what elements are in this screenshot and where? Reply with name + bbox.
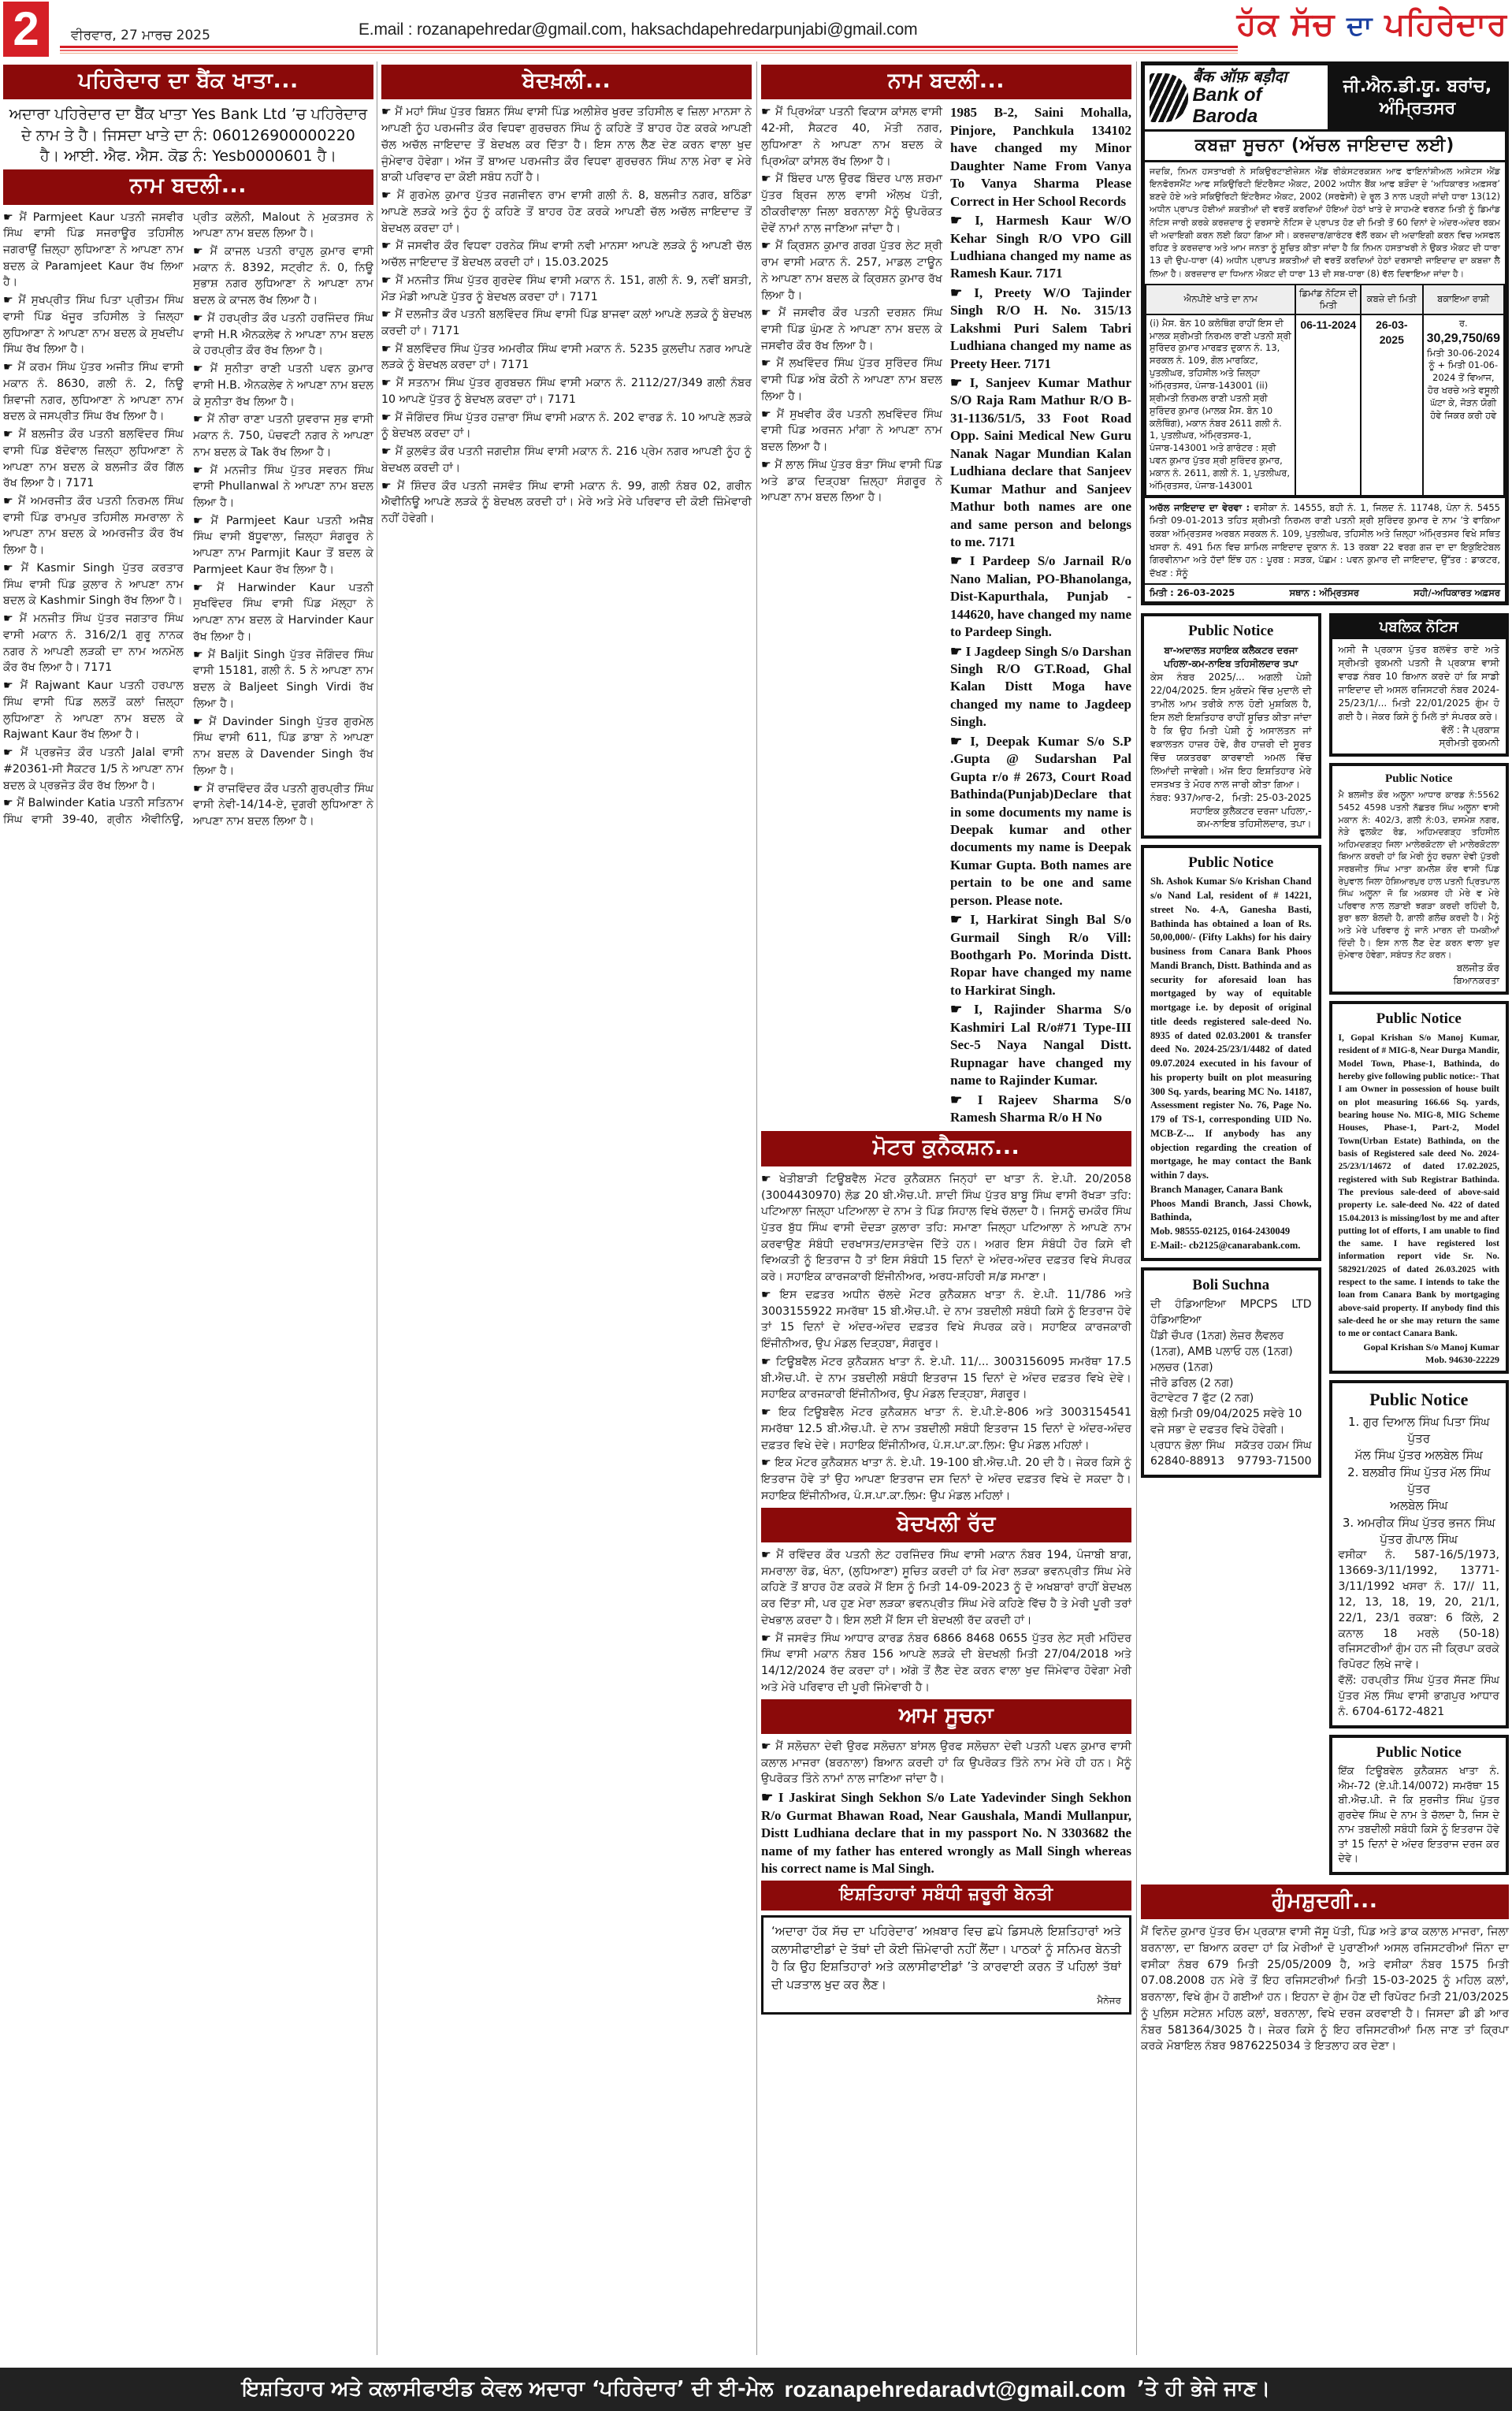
list-item: ਮੈਂ ਜਸਵੀਰ ਕੌਰ ਵਿਧਵਾ ਹਰਨੇਕ ਸਿੰਘ ਵਾਸੀ ਨਵੀ …	[381, 238, 752, 270]
bank-of-baroda-notice: बैंक ऑफ़ बड़ौदा Bank of Baroda ਜੀ.ਐਨ.ਡੀ.…	[1141, 61, 1509, 605]
public-notice-punjabi: ਪਬਲਿਕ ਨੋਟਿਸ ਅਸੀ ਜੈ ਪ੍ਰਕਾਸ ਪੁੱਤਰ ਬਲਵੰਤ ਰਾ…	[1329, 613, 1510, 757]
notice-sign: Branch Manager, Canara Bank	[1150, 1183, 1312, 1197]
property-label: ਅਚੱਲ ਜਾਇਦਾਦ ਦਾ ਵੇਰਵਾ :	[1150, 502, 1250, 513]
column-divider	[1136, 61, 1137, 2355]
list-item: ਮੈਂ ਸ਼ਿੰਦਰ ਕੌਰ ਪਤਨੀ ਜਸਵੰਤ ਸਿੰਘ ਵਾਸੀ ਮਕਾਨ…	[381, 478, 752, 527]
list-item: ਮੈਂ ਜਸਵੰਤ ਸਿੰਘ ਆਧਾਰ ਕਾਰਡ ਨੰਬਰ 6866 8468 …	[761, 1631, 1131, 1696]
footer-email[interactable]: rozanapehredaradvt@gmail.com	[784, 2375, 1125, 2405]
list-item: ਮੈਂ Parmjeet Kaur ਪਤਨੀ ਜਸਵੀਰ ਸਿੰਘ ਵਾਸੀ ਪ…	[3, 210, 184, 292]
notice-line: ਮੱਲ ਸਿੰਘ ਪੁੱਤਰ ਅਲਬੇਲ ਸਿੰਘ	[1339, 1447, 1500, 1464]
list-item: ਮੈਂ ਰਵਿੰਦਰ ਕੌਰ ਪਤਨੀ ਲੇਟ ਹਰਜਿੰਦਰ ਸਿੰਘ ਵਾਸ…	[761, 1547, 1131, 1629]
bob-name-hindi: बैंक ऑफ़ बड़ौदा	[1193, 68, 1323, 85]
notice-text: ਕੇਸ ਨੰਬਰ 2025/... ਅਗਲੀ ਪੇਸ਼ੀ 22/04/2025.…	[1150, 671, 1312, 791]
notice-title: Public Notice	[1150, 621, 1312, 642]
name-change-two-col-b: I, Harkirat Singh Bal S/o Gurmail Singh …	[761, 911, 1131, 1128]
list-item: I Pardeep S/o Jarnail R/o Nano Malian, P…	[950, 553, 1131, 641]
phone: 62840-88913	[1150, 1454, 1224, 1470]
notice-title: Public Notice	[1339, 1388, 1500, 1412]
list-item: ਮੈਂ ਕ੍ਰਿਸ਼ਨ ਕੁਮਾਰ ਗਰਗ ਪੁੱਤਰ ਲੇਟ ਸ਼੍ਰੀ ਰਾ…	[761, 238, 942, 303]
list-item: ਮੈਂ ਲਾਲ ਸਿੰਘ ਪੁੱਤਰ ਬੰਤਾ ਸਿੰਘ ਵਾਸੀ ਪਿੰਡ ਅ…	[761, 457, 942, 506]
name-change-list: ਮੈਂ Parmjeet Kaur ਪਤਨੀ ਜਸਵੀਰ ਸਿੰਘ ਵਾਸੀ ਪ…	[3, 210, 373, 830]
notice-title: Public Notice	[1339, 771, 1500, 787]
name-change-heading-2: ਨਾਮ ਬਦਲੀ...	[761, 65, 1131, 99]
notice-sign: Gopal Krishan S/o Manoj Kumar	[1339, 1341, 1500, 1353]
list-item: ਮੈਂ ਸਤਨਾਮ ਸਿੰਘ ਪੁੱਤਰ ਗੁਰਬਚਨ ਸਿੰਘ ਵਾਸੀ ਮਕ…	[381, 375, 752, 407]
canara-public-notice: Public Notice Sh. Ashok Kumar S/o Krisha…	[1141, 845, 1321, 1261]
notice-line: ਪੈਂਡੀ ਚੌਪਰ (1ਨਗ) ਲੇਜ਼ਰ ਲੈਵਲਰ	[1150, 1329, 1312, 1345]
logo-flag-icon: ਦਾ	[1347, 10, 1373, 42]
missing-notice: ਮੈਂ ਵਿਨੋਦ ਕੁਮਾਰ ਪੁੱਤਰ ਓਮ ਪ੍ਰਕਾਸ਼ ਵਾਸੀ ਜੱ…	[1141, 1924, 1509, 2055]
list-item: ਮੈਂ ਪ੍ਰਿਅੰਕਾ ਪਤਨੀ ਵਿਕਾਸ ਕਾਂਸਲ ਵਾਸੀ 42-ਸੀ…	[761, 104, 942, 169]
notice-title: Public Notice	[1339, 1743, 1500, 1763]
list-item: ਮੈਂ ਸਲੋਚਨਾ ਦੇਵੀ ਉਰਫ ਸਲੋਚਨਾ ਬਾਂਸਲ ਉਰਫ ਸਲੋ…	[761, 1739, 1131, 1788]
list-item: ਮੈਂ ਲਖਵਿੰਦਰ ਸਿੰਘ ਪੁੱਤਰ ਸੁਰਿੰਦਰ ਸਿੰਘ ਵਾਸੀ…	[761, 355, 942, 404]
column-3: ਨਾਮ ਬਦਲੀ... ਮੈਂ ਪ੍ਰਿਅੰਕਾ ਪਤਨੀ ਵਿਕਾਸ ਕਾਂਸ…	[761, 61, 1131, 2015]
list-item: ਮੈਂ ਦਲਜੀਤ ਕੌਰ ਪਤਨੀ ਬਲਵਿੰਦਰ ਸਿੰਘ ਵਾਸੀ ਪਿੰ…	[381, 307, 752, 339]
list-item: ਮੈਂ ਸੁਨੀਤਾ ਰਾਣੀ ਪਤਨੀ ਪਵਨ ਕੁਮਾਰ ਵਾਸੀ H.B.…	[193, 361, 373, 410]
notice-text: ਮੈ ਬਲਜੀਤ ਕੌਰ ਅਲੂਨਾ ਆਧਾਰ ਕਾਰਡ ਨੰ:5562 545…	[1339, 789, 1500, 962]
list-item: I, Rajinder Sharma S/o Kashmiri Lal R/o#…	[950, 1001, 1131, 1089]
list-item: ਮੈਂ ਜੋਗਿੰਦਰ ਸਿੰਘ ਪੁੱਤਰ ਹਜ਼ਾਰਾ ਸਿੰਘ ਵਾਸੀ …	[381, 410, 752, 442]
amount-note: ਮਿਤੀ 30-06-2024 ਨੂੰ + ਮਿਤੀ 01-06-2024 ਤੋ…	[1427, 348, 1500, 421]
bank-account-heading: ਪਹਿਰੇਦਾਰ ਦਾ ਬੈਂਕ ਖਾਤਾ...	[3, 65, 373, 99]
list-item: ਮੈਂ ਬਲਵਿੰਦਰ ਸਿੰਘ ਪੁੱਤਰ ਅਮਰੀਕ ਸਿੰਘ ਵਾਸੀ ਮ…	[381, 341, 752, 374]
notice-title: Public Notice	[1150, 853, 1312, 873]
bob-intro: ਜਦਕਿ, ਨਿਮਨ ਹਸਤਾਖਰੀ ਨੇ ਸਕਿਉਰਟਾਈਜ਼ੇਸ਼ਨ ਐਂਡ…	[1145, 162, 1505, 284]
property-text: ਵਸੀਕਾ ਨੰ. 14555, ਬਹੀ ਨੰ. 1, ਜਿਲਦ ਨੰ. 117…	[1150, 502, 1500, 579]
bob-date: ਮਿਤੀ : 26-03-2025	[1150, 587, 1235, 600]
outstanding-amount: ਰ. 30,29,750/69 ਮਿਤੀ 30-06-2024 ਨੂੰ + ਮਿ…	[1423, 314, 1504, 496]
notice-columns: Public Notice ਬਾ-ਅਦਾਲਤ ਸਹਾਇਕ ਕਲੈਕਟਰ ਦਰਜਾ…	[1141, 613, 1509, 1881]
demand-date: 06-11-2024	[1295, 314, 1361, 496]
notice-line: ਮਲਚਰ (1ਨਗ)	[1150, 1360, 1312, 1376]
notice-sign: Phoos Mandi Branch, Jassi Chowk, Bathind…	[1150, 1197, 1312, 1226]
public-notice-registry: Public Notice 1. ਗੁਰ ਦਿਆਲ ਸਿੰਘ ਪਿਤਾ ਸਿੰਘ…	[1329, 1380, 1510, 1728]
column-2: ਬੇਦਖ਼ਲੀ... ਮੈਂ ਮਹਾਂ ਸਿੰਘ ਪੁੱਤਰ ਬਿਸ਼ਨ ਸਿੰ…	[381, 61, 752, 529]
list-item: I, Harkirat Singh Bal S/o Gurmail Singh …	[950, 911, 1131, 999]
list-item: ਮੈਂ ਮਨਜੀਤ ਸਿੰਘ ਪੁੱਤਰ ਗੁਰਦੇਵ ਸਿੰਘ ਵਾਸੀ ਮਕ…	[381, 273, 752, 305]
page-number: 2	[3, 2, 49, 57]
court-public-notice: Public Notice ਬਾ-ਅਦਾਲਤ ਸਹਾਇਕ ਕਲੈਕਟਰ ਦਰਜਾ…	[1141, 613, 1321, 838]
notice-subtitle: ਬਾ-ਅਦਾਲਤ ਸਹਾਇਕ ਕਲੈਕਟਰ ਦਰਜਾ ਪਹਿਲਾ-ਕਮ-ਨਾਇਬ…	[1150, 644, 1312, 671]
disclaimer-text: ‘ਅਦਾਰਾ ਹੱਕ ਸੱਚ ਦਾ ਪਹਿਰੇਦਾਰ’ ਅਖ਼ਬਾਰ ਵਿਚ ਛ…	[771, 1924, 1121, 1992]
contact-email[interactable]: E.mail : rozanapehredar@gmail.com, haksa…	[358, 19, 917, 41]
list-item: ਟਿਊਬਵੈਲ ਮੋਟਰ ਕੁਨੈਕਸ਼ਨ ਖਾਤਾ ਨੰ. ਏ.ਪੀ. 11/…	[761, 1354, 1131, 1403]
phone: 97793-71500	[1237, 1454, 1311, 1470]
list-item: ਇਸ ਦਫ਼ਤਰ ਅਧੀਨ ਚੱਲਦੇ ਮੋਟਰ ਕੁਨੈਕਸ਼ਨ ਖਾਤਾ ਨ…	[761, 1287, 1131, 1352]
list-item: ਮੈਂ ਮਨਜੀਤ ਸਿੰਘ ਪੁੱਤਰ ਜਗਤਾਰ ਸਿੰਘ ਵਾਸੀ ਮਕਾ…	[3, 611, 184, 676]
possession-date: 26-03-2025	[1361, 314, 1422, 496]
bob-logo: बैंक ऑफ़ बड़ौदा Bank of Baroda	[1145, 65, 1330, 129]
list-item: ਮੈਂ ਹਰਪ੍ਰੀਤ ਕੌਰ ਪਤਨੀ ਹਰਜਿੰਦਰ ਸਿੰਘ ਵਾਸੀ H…	[193, 311, 373, 359]
list-item: ਮੈਂ ਜਸਵੀਰ ਕੌਰ ਪਤਨੀ ਦਰਸ਼ਨ ਸਿੰਘ ਵਾਸੀ ਪਿੰਡ …	[761, 305, 942, 354]
notices-left: Public Notice ਬਾ-ਅਦਾਲਤ ਸਹਾਇਕ ਕਲੈਕਟਰ ਦਰਜਾ…	[1141, 613, 1321, 1881]
notice-line: 1. ਗੁਰ ਦਿਆਲ ਸਿੰਘ ਪਿਤਾ ਸਿੰਘ ਪੁੱਤਰ	[1339, 1414, 1500, 1448]
list-item: ਮੈਂ ਬਿੰਦਰ ਪਾਲ ਉਰਫ ਬਿੰਦਰ ਪਾਲ ਸ਼ਰਮਾ ਪੁੱਤਰ …	[761, 171, 942, 236]
column-4: बैंक ऑफ़ बड़ौदा Bank of Baroda ਜੀ.ਐਨ.ਡੀ.…	[1141, 61, 1509, 2056]
notice-phone: Mob. 94630-22229	[1339, 1353, 1500, 1366]
eviction-heading: ਬੇਦਖ਼ਲੀ...	[381, 65, 752, 99]
bob-signature: ਸਹੀ/-ਅਧਿਕਾਰਤ ਅਫ਼ਸਰ	[1414, 587, 1500, 600]
footer-text-end: ’ਤੇ ਹੀ ਭੇਜੇ ਜਾਣ।	[1137, 2376, 1270, 2403]
notice-sign: ਬਲਜੀਤ ਕੌਰ	[1339, 962, 1500, 974]
list-item: I, Deepak Kumar S/o S.P .Gupta @ Sudarsh…	[950, 733, 1131, 910]
table-header: ਐਨਪੀਏ ਖਾਤੇ ਦਾ ਨਾਮ	[1146, 285, 1295, 314]
notice-line: 3. ਅਮਰੀਕ ਸਿੰਘ ਪੁੱਤਰ ਭਜਨ ਸਿੰਘ	[1339, 1515, 1500, 1531]
list-item: I, Preety W/O Tajinder Singh R/O H. No. …	[950, 285, 1131, 373]
public-notice-baljit: Public Notice ਮੈ ਬਲਜੀਤ ਕੌਰ ਅਲੂਨਾ ਆਧਾਰ ਕਾ…	[1329, 763, 1510, 995]
secretary: ਸਕੱਤਰ ਹਕਮ ਸਿੰਘ	[1235, 1438, 1311, 1454]
notice-text: ਵਸੀਕਾ ਨੰ. 587-16/5/1973, 13669-3/11/1992…	[1339, 1548, 1500, 1673]
list-item: ਮੈਂ ਸੁਖਪ੍ਰੀਤ ਸਿੰਘ ਪਿਤਾ ਪ੍ਰੀਤਮ ਸਿੰਘ ਵਾਸੀ …	[3, 292, 184, 358]
list-item: ਮੈਂ ਅਮਰਜੀਤ ਕੌਰ ਪਤਨੀ ਨਿਰਮਲ ਸਿੰਘ ਵਾਸੀ ਪਿੰਡ…	[3, 493, 184, 559]
footer-text: ਇਸ਼ਤਿਹਾਰ ਅਤੇ ਕਲਾਸੀਫਾਈਡ ਕੇਵਲ ਅਦਾਰਾ ‘ਪਹਿਰੇ…	[242, 2376, 774, 2403]
amount-prefix: ਰ.	[1459, 318, 1468, 329]
list-item: ਮੈਂ ਮਹਾਂ ਸਿੰਘ ਪੁੱਤਰ ਬਿਸ਼ਨ ਸਿੰਘ ਵਾਸੀ ਪਿੰਡ…	[381, 104, 752, 186]
notice-email[interactable]: E-Mail:- cb2125@canarabank.com.	[1150, 1239, 1312, 1253]
list-item: ਮੈਂ ਬਲਜੀਤ ਕੌਰ ਪਤਨੀ ਬਲਵਿੰਦਰ ਸਿੰਘ ਵਾਸੀ ਪਿੰ…	[3, 426, 184, 492]
notice-sign: ਬਿਆਨਕਰਤਾ	[1339, 974, 1500, 987]
masthead: 2 ਵੀਰਵਾਰ, 27 ਮਾਰਚ 2025 E.mail : rozanape…	[0, 0, 1512, 61]
public-notice-gopal: Public Notice I, Gopal Krishan S/o Manoj…	[1329, 1001, 1510, 1374]
bank-line-3: ਹੈ। ਆਈ. ਐਫ. ਐਸ. ਕੋਡ ਨੰ: Yesb0000601 ਹੈ।	[3, 146, 373, 166]
list-item: ਮੈਂ Baljit Singh ਪੁੱਤਰ ਜੋਗਿੰਦਰ ਸਿੰਘ ਵਾਸੀ…	[193, 647, 373, 713]
list-item: I, Sanjeev Kumar Mathur S/O Raja Ram Mat…	[950, 374, 1131, 551]
amount-value: 30,29,750/69	[1427, 330, 1500, 348]
boli-suchna-notice: Boli Suchna ਦੀ ਹੰਡਿਆਇਆ MPCPS LTD ਹੰਡਿਆਇਆ…	[1141, 1267, 1321, 1478]
list-item: I, Harmesh Kaur W/O Kehar Singh R/O VPO …	[950, 212, 1131, 283]
list-item: I Jaskirat Singh Sekhon S/o Late Yadevin…	[761, 1789, 1131, 1877]
list-item: ਮੈਂ Harwinder Kaur ਪਤਨੀ ਸੁਖਵਿੰਦਰ ਸਿੰਘ ਵਾ…	[193, 580, 373, 646]
notice-sign: ਸਹਾਇਕ ਕੁਲੈਕਟਰ ਦਰਜਾ ਪਹਿਲਾ,-	[1150, 805, 1312, 817]
newspaper-page: ਪਹਿਰੇਦਾਰ ਦਾ ਬੈਂਕ ਖਾਤਾ... ਅਦਾਰਾ ਪਹਿਰੇਦਾਰ …	[0, 61, 1512, 2363]
masthead-rules	[60, 46, 1238, 55]
president: ਪ੍ਰਧਾਨ ਭੋਲਾ ਸਿੰਘ	[1150, 1438, 1224, 1454]
name-change-heading: ਨਾਮ ਬਦਲੀ...	[3, 169, 373, 204]
notice-line: 2. ਬਲਬੀਰ ਸਿੰਘ ਪੁੱਤਰ ਮੱਲ ਸਿੰਘ ਪੁੱਤਰ	[1339, 1464, 1500, 1498]
issue-date: ਵੀਰਵਾਰ, 27 ਮਾਰਚ 2025	[71, 27, 210, 45]
ad-disclaimer: ‘ਅਦਾਰਾ ਹੱਕ ਸੱਚ ਦਾ ਪਹਿਰੇਦਾਰ’ ਅਖ਼ਬਾਰ ਵਿਚ ਛ…	[761, 1915, 1131, 2015]
list-item: ਮੈਂ ਪ੍ਰਭਜੋਤ ਕੌਰ ਪਤਨੀ Jalal ਵਾਸੀ #20361-ਸ…	[3, 745, 184, 794]
footer-banner: ਇਸ਼ਤਿਹਾਰ ਅਤੇ ਕਲਾਸੀਫਾਈਡ ਕੇਵਲ ਅਦਾਰਾ ‘ਪਹਿਰੇ…	[0, 2368, 1512, 2411]
list-item: ਮੈਂ ਨੀਰਾ ਰਾਣਾ ਪਤਨੀ ਯੁਵਰਾਜ ਸੁਭ ਵਾਸੀ ਮਕਾਨ …	[193, 411, 373, 460]
notice-line: (1ਨਗ), AMB ਪਲਾਓ ਹਲ (1ਨਗ)	[1150, 1345, 1312, 1360]
notice-line: ਅਲਬੇਲ ਸਿੰਘ	[1339, 1498, 1500, 1514]
general-notice-heading: ਆਮ ਸੂਚਨਾ	[761, 1699, 1131, 1734]
column-divider	[756, 61, 757, 2355]
notice-line: ਪੁੱਤਰ ਗੋਪਾਲ ਸਿੰਘ	[1339, 1531, 1500, 1548]
missing-heading: ਗੁੰਮਸ਼ੁਦਗੀ...	[1141, 1885, 1509, 1919]
branch-line-1: ਜੀ.ਐਨ.ਡੀ.ਯੂ. ਬਰਾਂਚ,	[1330, 76, 1505, 98]
bob-logo-icon	[1150, 73, 1188, 122]
column-1: ਪਹਿਰੇਦਾਰ ਦਾ ਬੈਂਕ ਖਾਤਾ... ਅਦਾਰਾ ਪਹਿਰੇਦਾਰ …	[3, 61, 373, 830]
table-header: ਡਿਮਾਂਡ ਨੋਟਿਸ ਦੀ ਮਿਤੀ	[1295, 285, 1361, 314]
notice-text: Sh. Ashok Kumar S/o Krishan Chand s/o Na…	[1150, 875, 1312, 1183]
notice-sign: ਵੱਲੋਂ : ਜੈ ਪ੍ਰਕਾਸ਼	[1339, 724, 1500, 736]
notice-title: Public Notice	[1339, 1009, 1500, 1029]
notice-date: ਮਿਤੀ: 25-03-2025	[1232, 791, 1312, 805]
branch-line-2: ਅੰਮ੍ਰਿਤਸਰ	[1330, 98, 1505, 120]
list-item: ਮੈਂ ਕਰਮ ਸਿੰਘ ਪੁੱਤਰ ਅਜੀਤ ਸਿੰਘ ਵਾਸੀ ਮਕਾਨ ਨ…	[3, 359, 184, 425]
list-item: ਇਕ ਮੋਟਰ ਕੁਨੈਕਸ਼ਨ ਖਾਤਾ ਨੰ. ਏ.ਪੀ. 19-100 ਬ…	[761, 1455, 1131, 1504]
bob-branch: ਜੀ.ਐਨ.ਡੀ.ਯੂ. ਬਰਾਂਚ, ਅੰਮ੍ਰਿਤਸਰ	[1330, 65, 1505, 129]
name-change-english: 1985 B-2, Saini Mohalla, Pinjore, Panchk…	[950, 104, 1131, 911]
table-header: ਕਬਜ਼ੇ ਦੀ ਮਿਤੀ	[1361, 285, 1422, 314]
bank-line-1: ਅਦਾਰਾ ਪਹਿਰੇਦਾਰ ਦਾ ਬੈਂਕ ਖਾਤਾ Yes Bank Ltd…	[3, 104, 373, 125]
table-row: (i) ਮੈਸ. ਬੋਨ 10 ਕਲੋਥਿੰਗ ਰਾਹੀਂ ਇਸ ਦੀ ਮਾਲਕ…	[1146, 314, 1504, 496]
list-item: ਮੈਂ Parmjeet Kaur ਪਤਨੀ ਅਜੈਬ ਸਿੰਘ ਵਾਸੀ ਬੱ…	[193, 513, 373, 579]
notice-from: ਵੱਲੋਂ: ਹਰਪ੍ਰੀਤ ਸਿੰਘ ਪੁੱਤਰ ਸੱਜਣ ਸਿੰਘ ਪੁੱਤ…	[1339, 1673, 1500, 1721]
motor-connection-heading: ਮੋਟਰ ਕੁਨੈਕਸ਼ਨ...	[761, 1131, 1131, 1166]
bob-header: बैंक ऑफ़ बड़ौदा Bank of Baroda ਜੀ.ਐਨ.ਡੀ.…	[1145, 65, 1505, 132]
list-item: ਮੈਂ Davinder Singh ਪੁੱਤਰ ਗੁਰਮੇਲ ਸਿੰਘ ਵਾਸ…	[193, 714, 373, 779]
notice-title: Boli Suchna	[1150, 1275, 1312, 1296]
list-item: ਮੈਂ ਰਾਜਵਿੰਦਰ ਕੌਰ ਪਤਨੀ ਗੁਰਪ੍ਰੀਤ ਸਿੰਘ ਵਾਸੀ…	[193, 781, 373, 830]
newspaper-logo: ਹੱਕ ਸੱਚ ਦਾ ਪਹਿਰੇਦਾਰ	[1237, 3, 1507, 46]
notice-title: ਪਬਲਿਕ ਨੋਟਿਸ	[1332, 616, 1506, 638]
notice-text: ਅਸੀ ਜੈ ਪ੍ਰਕਾਸ ਪੁੱਤਰ ਬਲਵੰਤ ਰਾਏ ਅਤੇ ਸ੍ਰੀਮਤ…	[1339, 643, 1500, 724]
notice-text: ਇੱਕ ਟਿਊਬਵੇਲ ਕੁਨੈਕਸ਼ਨ ਖਾਤਾ ਨੰ. ਐਮ-72 (ਏ.ਪ…	[1339, 1765, 1500, 1866]
logo-left: ਹੱਕ ਸੱਚ	[1237, 6, 1335, 43]
bank-line-2: ਦੇ ਨਾਮ ਤੇ ਹੈ। ਜਿਸਦਾ ਖਾਤੇ ਦਾ ਨੰ: 06012690…	[3, 125, 373, 146]
disclaimer-sign: ਮੈਨੇਜਰ	[771, 1993, 1121, 2007]
name-change-two-col: ਮੈਂ ਪ੍ਰਿਅੰਕਾ ਪਤਨੀ ਵਿਕਾਸ ਕਾਂਸਲ ਵਾਸੀ 42-ਸੀ…	[761, 104, 1131, 911]
ad-disclaimer-heading: ਇਸ਼ਤਿਹਾਰਾਂ ਸਬੰਧੀ ਜ਼ਰੂਰੀ ਬੇਨਤੀ	[761, 1881, 1131, 1911]
logo-right: ਪਹਿਰੇਦਾਰ	[1384, 6, 1507, 43]
list-item: ਮੈਂ ਕਾਜਲ ਪਤਨੀ ਰਾਹੁਲ ਕੁਮਾਰ ਵਾਸੀ ਮਕਾਨ ਨੰ. …	[193, 244, 373, 309]
bob-footer: ਮਿਤੀ : 26-03-2025 ਸਥਾਨ : ਅੰਮ੍ਰਿਤਸਰ ਸਹੀ/-…	[1145, 583, 1505, 602]
list-item: ਮੈਂ ਮਨਜੀਤ ਸਿੰਘ ਪੁੱਤਰ ਸਵਰਨ ਸਿੰਘ ਵਾਸੀ Phul…	[193, 463, 373, 512]
notice-line: ਰੋਟਾਵੇਟਰ 7 ਫੁੱਟ (2 ਨਗ)	[1150, 1391, 1312, 1407]
bob-property: ਅਚੱਲ ਜਾਇਦਾਦ ਦਾ ਵੇਰਵਾ : ਵਸੀਕਾ ਨੰ. 14555, …	[1145, 497, 1505, 583]
bob-name-english: Bank of Baroda	[1193, 85, 1323, 127]
list-item: I Jagdeep Singh S/o Darshan Singh R/O GT…	[950, 643, 1131, 731]
notice-line: ਵਜੇ ਸਭਾ ਦੇ ਦਫਤਰ ਵਿਖੇ ਹੋਵੇਗੀ।	[1150, 1423, 1312, 1438]
notice-sign: ਕਮ-ਨਾਇਬ ਤਹਿਸੀਲਦਾਰ, ਤਪਾ।	[1150, 817, 1312, 830]
column-divider	[377, 61, 377, 2355]
list-item: ਮੈਂ Rajwant Kaur ਪਤਨੀ ਹਰਪਾਲ ਸਿੰਘ ਵਾਸੀ ਪਿ…	[3, 678, 184, 743]
eviction-cancel-heading: ਬੇਦਖਲੀ ਰੱਦ	[761, 1508, 1131, 1542]
notice-line: ਬੋਲੀ ਮਿਤੀ 09/04/2025 ਸਵੇਰੇ 10	[1150, 1407, 1312, 1423]
bob-place: ਸਥਾਨ : ਅੰਮ੍ਰਿਤਸਰ	[1289, 587, 1358, 600]
list-item: I Rajeev Sharma S/o Ramesh Sharma R/o H …	[950, 1092, 1131, 1127]
list-item: ਮੈਂ ਕੁਲਵੰਤ ਕੌਰ ਪਤਨੀ ਜਗਦੀਸ਼ ਸਿੰਘ ਵਾਸੀ ਮਕਾ…	[381, 444, 752, 476]
list-item: ਮੈਂ Kasmir Singh ਪੁੱਤਰ ਕਰਤਾਰ ਸਿੰਘ ਵਾਸੀ ਪ…	[3, 560, 184, 609]
notice-text: I, Gopal Krishan S/o Manoj Kumar, reside…	[1339, 1032, 1500, 1341]
notices-right: ਪਬਲਿਕ ਨੋਟਿਸ ਅਸੀ ਜੈ ਪ੍ਰਕਾਸ ਪੁੱਤਰ ਬਲਵੰਤ ਰਾ…	[1329, 613, 1510, 1881]
list-item: ਮੈਂ ਗੁਰਮੇਲ ਕੁਮਾਰ ਪੁੱਤਰ ਜਗਜੀਵਨ ਰਾਮ ਵਾਸੀ ਗ…	[381, 188, 752, 236]
bob-table: ਐਨਪੀਏ ਖਾਤੇ ਦਾ ਨਾਮ ਡਿਮਾਂਡ ਨੋਟਿਸ ਦੀ ਮਿਤੀ ਕ…	[1145, 284, 1505, 497]
list-item: ਇਕ ਟਿਊਬਵੈਲ ਮੋਟਰ ਕੁਨੈਕਸ਼ਨ ਖਾਤਾ ਨੰ. ਏ.ਪੀ.ਏ…	[761, 1405, 1131, 1453]
notice-line: ਦੀ ਹੰਡਿਆਇਆ MPCPS LTD ਹੰਡਿਆਇਆ	[1150, 1297, 1312, 1329]
notice-sign: ਸ੍ਰੀਮਤੀ ਰੁਕਮਨੀ	[1339, 736, 1500, 749]
notice-ref: ਨੰਬਰ: 937/ਆਰ-2,	[1150, 791, 1224, 805]
notice-line: ਜੀਰੋ ਡਰਿਲ (2 ਨਗ)	[1150, 1376, 1312, 1392]
table-header: ਬਕਾਇਆ ਰਾਸ਼ੀ	[1423, 285, 1504, 314]
public-notice-tubewell: Public Notice ਇੱਕ ਟਿਊਬਵੇਲ ਕੁਨੈਕਸ਼ਨ ਖਾਤਾ …	[1329, 1735, 1510, 1875]
list-item: ਖੇਤੀਬਾੜੀ ਟਿਊਬਵੈਲ ਮੋਟਰ ਕੁਨੈਕਸ਼ਨ ਜਿਨ੍ਹਾਂ ਦ…	[761, 1171, 1131, 1285]
account-name: (i) ਮੈਸ. ਬੋਨ 10 ਕਲੋਥਿੰਗ ਰਾਹੀਂ ਇਸ ਦੀ ਮਾਲਕ…	[1146, 314, 1295, 496]
notice-phone: Mob. 98555-02125, 0164-2430049	[1150, 1225, 1312, 1239]
bob-title: ਕਬਜ਼ਾ ਸੂਚਨਾ (ਅੱਚਲ ਜਾਇਦਾਦ ਲਈ)	[1145, 132, 1505, 162]
name-change-punjabi: ਮੈਂ ਪ੍ਰਿਅੰਕਾ ਪਤਨੀ ਵਿਕਾਸ ਕਾਂਸਲ ਵਾਸੀ 42-ਸੀ…	[761, 104, 942, 911]
list-item: 1985 B-2, Saini Mohalla, Pinjore, Panchk…	[950, 104, 1131, 210]
list-item: ਮੈਂ ਸੁਖਵੀਰ ਕੌਰ ਪਤਨੀ ਲਖਵਿੰਦਰ ਸਿੰਘ ਵਾਸੀ ਪਿ…	[761, 407, 942, 456]
bank-account-details: ਅਦਾਰਾ ਪਹਿਰੇਦਾਰ ਦਾ ਬੈਂਕ ਖਾਤਾ Yes Bank Ltd…	[3, 104, 373, 166]
